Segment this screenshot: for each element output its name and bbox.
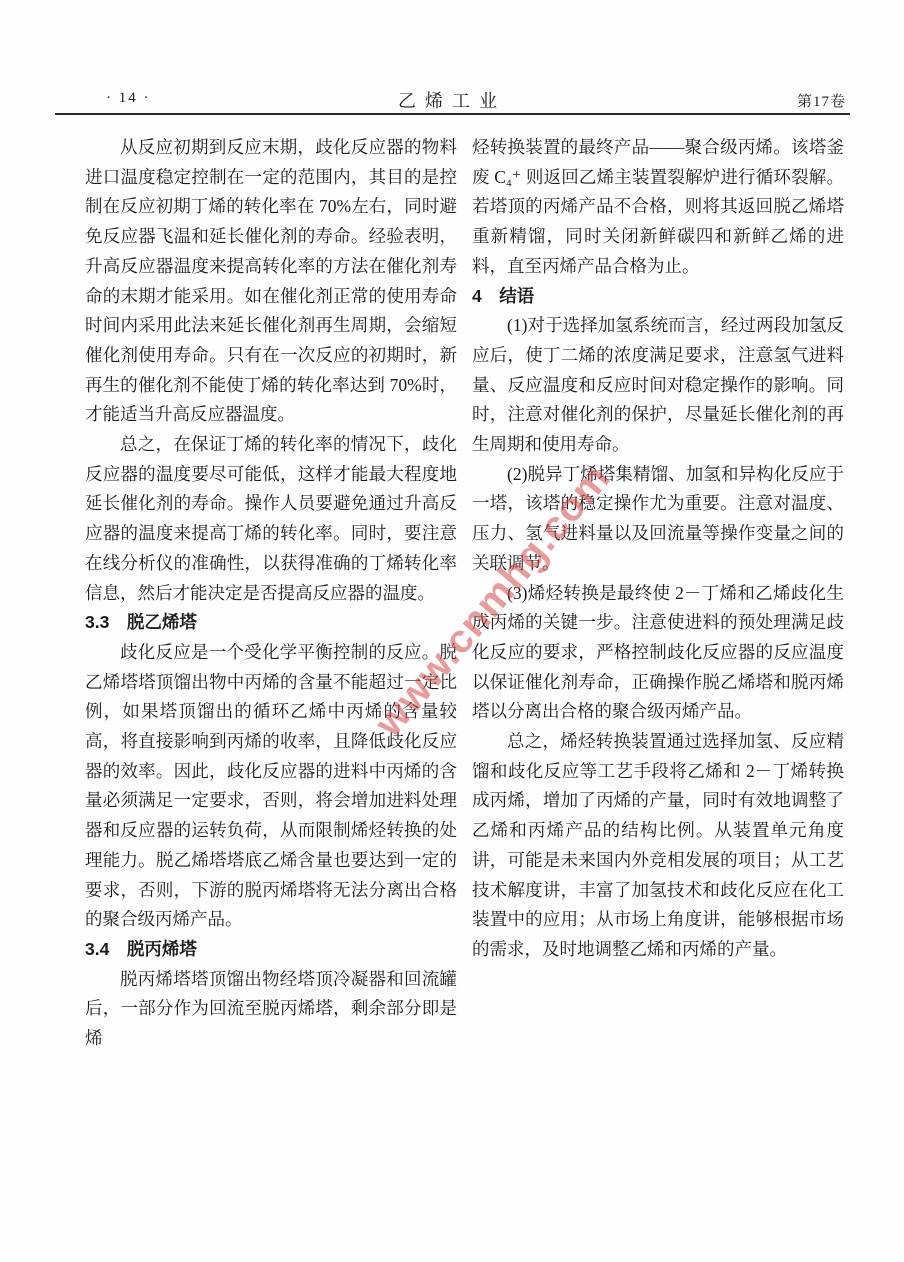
paragraph-conclusion-2: (2)脱异丁烯塔集精馏、加氢和异构化反应于一塔，该塔的稳定操作尤为重要。注意对温… xyxy=(472,460,844,579)
journal-page: · 14 · 乙烯工业 第17卷 从反应初期到反应末期，歧化反应器的物料进口温度… xyxy=(0,0,904,1262)
left-column: 从反应初期到反应末期，歧化反应器的物料进口温度稳定控制在一定的范围内，其目的是控… xyxy=(85,133,457,1054)
paragraph-depropylenizer-continued: 烃转换装置的最终产品——聚合级丙烯。该塔釜废 C₄⁺ 则返回乙烯主装置裂解炉进行… xyxy=(472,133,844,282)
paragraph-conclusion-3: (3)烯烃转换是最终使 2－丁烯和乙烯歧化生成丙烯的关键一步。注意使进料的预处理… xyxy=(472,579,844,728)
right-column: 烃转换装置的最终产品——聚合级丙烯。该塔釜废 C₄⁺ 则返回乙烯主装置裂解炉进行… xyxy=(472,133,844,965)
section-heading-3-4: 3.4 脱丙烯塔 xyxy=(85,935,457,965)
paragraph-conversion-control: 从反应初期到反应末期，歧化反应器的物料进口温度稳定控制在一定的范围内，其目的是控… xyxy=(85,133,457,430)
paragraph-depropylenizer-start: 脱丙烯塔塔顶馏出物经塔顶冷凝器和回流罐后，一部分作为回流至脱丙烯塔，剩余部分即是… xyxy=(85,965,457,1054)
header-rule xyxy=(55,113,850,115)
volume-label: 第17卷 xyxy=(797,90,846,111)
paragraph-deethylenizer: 歧化反应是一个受化学平衡控制的反应。脱乙烯塔塔顶馏出物中丙烯的含量不能超过一定比… xyxy=(85,638,457,935)
section-heading-4-conclusion: 4 结语 xyxy=(472,282,844,312)
journal-title: 乙烯工业 xyxy=(0,87,904,113)
paragraph-conclusion-1: (1)对于选择加氢系统而言，经过两段加氢反应后，使丁二烯的浓度满足要求，注意氢气… xyxy=(472,311,844,460)
paragraph-conclusion-summary: 总之，烯烃转换装置通过选择加氢、反应精馏和歧化反应等工艺手段将乙烯和 2－丁烯转… xyxy=(472,727,844,965)
paragraph-temperature-summary: 总之，在保证丁烯的转化率的情况下，歧化反应器的温度要尽可能低，这样才能最大程度地… xyxy=(85,430,457,608)
section-heading-3-3: 3.3 脱乙烯塔 xyxy=(85,608,457,638)
